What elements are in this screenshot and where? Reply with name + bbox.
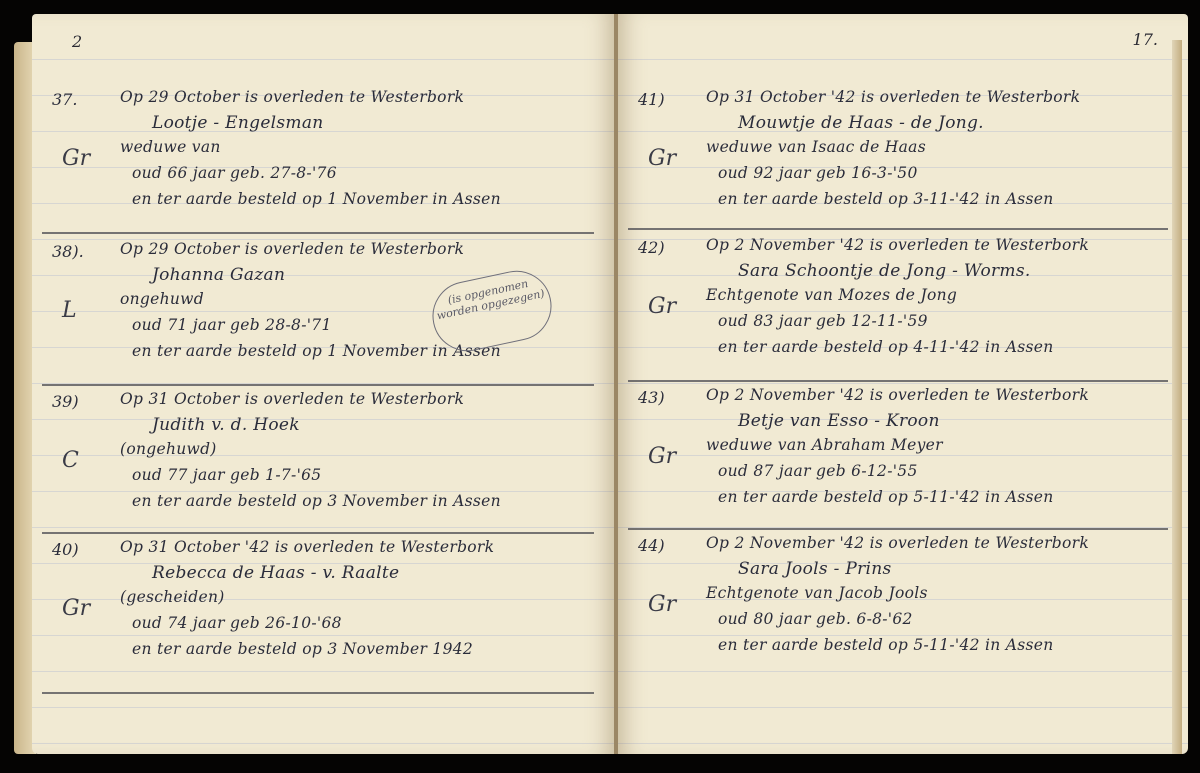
ledger-entry: 44) Gr Op 2 November '42 is overleden te… — [618, 530, 1188, 680]
entry-status: weduwe van — [120, 138, 221, 156]
entry-age-birth: oud 92 jaar geb 16-3-'50 — [718, 164, 918, 182]
entry-status: Echtgenote van Jacob Jools — [706, 584, 928, 602]
entry-burial: en ter aarde besteld op 4-11-'42 in Asse… — [718, 338, 1054, 356]
entry-divider — [628, 228, 1168, 230]
ledger-entry: 42) Gr Op 2 November '42 is overleden te… — [618, 232, 1188, 382]
entry-number: 44) — [638, 536, 665, 555]
entry-burial: en ter aarde besteld op 1 November in As… — [132, 342, 501, 360]
entry-number: 43) — [638, 388, 665, 407]
right-page: 17. 41) Gr Op 31 October '42 is overlede… — [618, 14, 1188, 754]
entry-name: Lootje - Engelsman — [152, 113, 324, 133]
ledger-entry: 38). L Op 29 October is overleden te Wes… — [32, 236, 614, 386]
entry-mark: Gr — [62, 146, 90, 171]
entry-name: Sara Jools - Prins — [738, 559, 892, 579]
entry-death-line: Op 29 October is overleden te Westerbork — [120, 88, 464, 106]
entry-number: 41) — [638, 90, 665, 109]
entry-status: ongehuwd — [120, 290, 204, 308]
left-page: 2 37. Gr Op 29 October is overleden te W… — [32, 14, 614, 754]
ledger-entry: 39) C Op 31 October is overleden te West… — [32, 386, 614, 534]
entry-burial: en ter aarde besteld op 1 November in As… — [132, 190, 501, 208]
open-ledger-book: 2 37. Gr Op 29 October is overleden te W… — [14, 14, 1186, 754]
ledger-entry: 41) Gr Op 31 October '42 is overleden te… — [618, 84, 1188, 230]
entry-burial: en ter aarde besteld op 5-11-'42 in Asse… — [718, 636, 1054, 654]
entry-mark: Gr — [648, 294, 676, 319]
ledger-entry: 40) Gr Op 31 October '42 is overleden te… — [32, 534, 614, 694]
entry-name: Johanna Gazan — [152, 265, 285, 285]
page-edges-right — [1172, 40, 1182, 754]
entry-mark: Gr — [648, 146, 676, 171]
entry-burial: en ter aarde besteld op 3-11-'42 in Asse… — [718, 190, 1054, 208]
entry-death-line: Op 31 October is overleden te Westerbork — [120, 390, 464, 408]
entry-mark: C — [62, 448, 79, 473]
ledger-entry: 43) Gr Op 2 November '42 is overleden te… — [618, 382, 1188, 530]
entry-age-birth: oud 83 jaar geb 12-11-'59 — [718, 312, 928, 330]
entry-age-birth: oud 71 jaar geb 28-8-'71 — [132, 316, 332, 334]
entry-death-line: Op 31 October '42 is overleden te Wester… — [706, 88, 1080, 106]
entry-death-line: Op 29 October is overleden te Westerbork — [120, 240, 464, 258]
entry-status: (gescheiden) — [120, 588, 225, 606]
entry-name: Judith v. d. Hoek — [152, 415, 300, 435]
entry-age-birth: oud 66 jaar geb. 27-8-'76 — [132, 164, 337, 182]
ledger-entry: 37. Gr Op 29 October is overleden te Wes… — [32, 84, 614, 234]
page-number: 2 — [72, 32, 82, 51]
page-number: 17. — [1133, 30, 1158, 49]
entry-number: 39) — [52, 392, 79, 411]
entry-mark: Gr — [62, 596, 90, 621]
entry-name: Rebecca de Haas - v. Raalte — [152, 563, 399, 583]
entry-age-birth: oud 77 jaar geb 1-7-'65 — [132, 466, 321, 484]
entry-number: 37. — [52, 90, 77, 109]
entry-age-birth: oud 74 jaar geb 26-10-'68 — [132, 614, 342, 632]
entry-number: 40) — [52, 540, 79, 559]
entry-number: 38). — [52, 242, 84, 261]
entry-status: (ongehuwd) — [120, 440, 217, 458]
entry-death-line: Op 31 October '42 is overleden te Wester… — [120, 538, 494, 556]
entry-status: Echtgenote van Mozes de Jong — [706, 286, 957, 304]
entry-age-birth: oud 80 jaar geb. 6-8-'62 — [718, 610, 913, 628]
entry-number: 42) — [638, 238, 665, 257]
entry-divider — [42, 232, 594, 234]
entry-burial: en ter aarde besteld op 5-11-'42 in Asse… — [718, 488, 1054, 506]
entry-name: Mouwtje de Haas - de Jong. — [738, 113, 984, 133]
entry-burial: en ter aarde besteld op 3 November 1942 — [132, 640, 473, 658]
entry-name: Sara Schoontje de Jong - Worms. — [738, 261, 1031, 281]
entry-mark: L — [62, 298, 77, 323]
entry-death-line: Op 2 November '42 is overleden te Wester… — [706, 534, 1089, 552]
entry-burial: en ter aarde besteld op 3 November in As… — [132, 492, 501, 510]
margin-note: (is opgenomen worden opgezegen) — [426, 264, 558, 357]
entry-death-line: Op 2 November '42 is overleden te Wester… — [706, 236, 1089, 254]
entry-death-line: Op 2 November '42 is overleden te Wester… — [706, 386, 1089, 404]
entry-status: weduwe van Isaac de Haas — [706, 138, 926, 156]
entry-status: weduwe van Abraham Meyer — [706, 436, 943, 454]
entry-divider — [42, 692, 594, 694]
entry-age-birth: oud 87 jaar geb 6-12-'55 — [718, 462, 918, 480]
entry-mark: Gr — [648, 444, 676, 469]
entry-name: Betje van Esso - Kroon — [738, 411, 940, 431]
entry-mark: Gr — [648, 592, 676, 617]
